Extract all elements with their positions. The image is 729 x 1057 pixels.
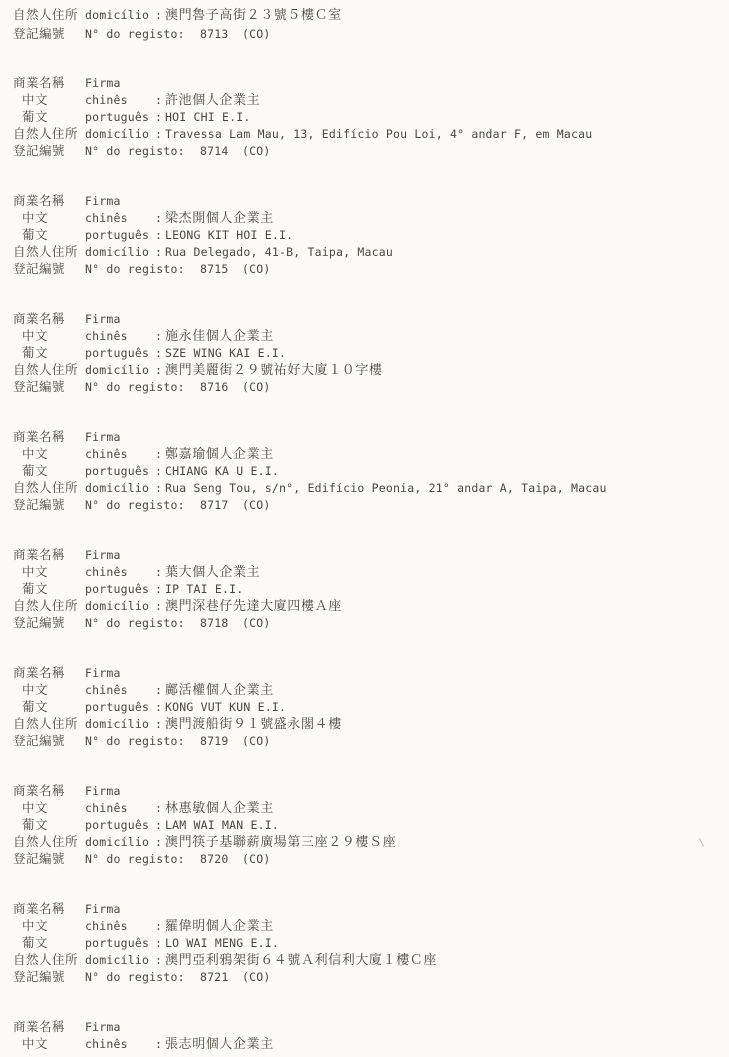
registration-label-pt: N° do registo: [85,969,200,986]
registration-type-value: (CO) [242,615,271,632]
colon-separator: : [155,345,165,362]
registry-entries: 商業名稱 Firma 中文 chinês : 許池個人企業主 葡文 portug… [0,74,729,985]
scanned-registry-page: 自然人住所 domicílio : 澳門魯子高街２３號５樓Ｃ室 登記編號 N° … [0,0,729,1057]
firm-header-row: 商業名稱 Firma [0,428,729,445]
registration-label-pt: N° do registo: [85,261,200,278]
chinese-name-value: 鄺活權個人企業主 [165,682,274,699]
registration-label-zh: 登記編號 [0,732,85,749]
address-label-pt: domicílio [85,6,155,25]
registry-entry: 商業名稱 Firma 中文 chinês : 羅偉明個人企業主 葡文 portu… [0,900,729,985]
entry-partial-bottom: 商業名稱 Firma 中文 chinês : 張志明個人企業主 [0,1018,729,1052]
chinese-label-pt: chinês [85,210,155,227]
address-row: 自然人住所 domicílio : 澳門渡船街９１號盛永閣４樓 [0,715,729,732]
portuguese-name-row: 葡文 português : LO WAI MENG E.I. [0,934,729,951]
address-label-zh: 自然人住所 [0,951,85,968]
colon-separator: : [155,716,165,733]
firm-label-pt: Firma [85,193,155,210]
registration-label-zh: 登記編號 [0,850,85,867]
firm-label-pt: Firma [85,665,155,682]
firm-label-pt: Firma [85,783,155,800]
colon-separator: : [155,564,165,581]
colon-separator: : [155,935,165,952]
colon-separator: : [155,581,165,598]
address-label-zh: 自然人住所 [0,5,85,24]
address-label-pt: domicílio [85,480,155,497]
registration-label-zh: 登記編號 [0,142,85,159]
address-row: 自然人住所 domicílio : 澳門筷子基聯薪廣場第三座２９樓Ｓ座 [0,833,729,850]
portuguese-label-pt: português [85,935,155,952]
firm-header-row: 商業名稱 Firma [0,310,729,327]
registry-entry: 商業名稱 Firma 中文 chinês : 施永佳個人企業主 葡文 portu… [0,310,729,395]
portuguese-name-row: 葡文 português : CHIANG KA U E.I. [0,462,729,479]
colon-separator: : [155,109,165,126]
registration-label-pt: N° do registo: [85,25,200,44]
firm-header-row: 商業名稱 Firma [0,192,729,209]
registration-row: 登記編號 N° do registo: 8715 (CO) [0,260,729,277]
chinese-name-value: 施永佳個人企業主 [165,328,274,345]
registration-number-value: 8717 [200,497,242,514]
chinese-label-pt: chinês [85,92,155,109]
registration-label-zh: 登記編號 [0,24,85,43]
colon-separator: : [155,682,165,699]
chinese-name-row: 中文 chinês : 林惠敏個人企業主 [0,799,729,816]
registration-type-value: (CO) [242,497,271,514]
firm-label-zh: 商業名稱 [0,192,85,209]
address-row: 自然人住所 domicílio : 澳門深巷仔先達大廈四樓Ａ座 [0,597,729,614]
colon-separator: : [155,328,165,345]
portuguese-name-value: CHIANG KA U E.I. [165,463,279,480]
address-value: 澳門美麗街２９號祐好大廈１０字樓 [165,362,383,379]
registry-entry: 商業名稱 Firma 中文 chinês : 梁杰開個人企業主 葡文 portu… [0,192,729,277]
address-row: 自然人住所 domicílio : 澳門美麗街２９號祐好大廈１０字樓 [0,361,729,378]
portuguese-label-zh: 葡文 [0,580,85,597]
colon-separator: : [155,446,165,463]
registry-entry: 商業名稱 Firma 中文 chinês : 林惠敏個人企業主 葡文 portu… [0,782,729,867]
chinese-name-value: 鄭嘉瑜個人企業主 [165,446,274,463]
firm-label-zh: 商業名稱 [0,74,85,91]
portuguese-name-value: HOI CHI E.I. [165,109,250,126]
registration-label-pt: N° do registo: [85,615,200,632]
address-label-pt: domicílio [85,834,155,851]
registration-type-value: (CO) [242,25,271,44]
colon-separator: : [155,6,165,25]
registration-type-value: (CO) [242,379,271,396]
chinese-label-zh: 中文 [0,681,85,698]
registration-type-value: (CO) [242,851,271,868]
portuguese-name-value: LEONG KIT HOI E.I. [165,227,293,244]
registration-label-pt: N° do registo: [85,497,200,514]
colon-separator: : [155,1036,165,1053]
portuguese-name-value: IP TAI E.I. [165,581,243,598]
chinese-label-pt: chinês [85,682,155,699]
colon-separator: : [155,952,165,969]
registry-entry: 商業名稱 Firma 中文 chinês : 鄺活權個人企業主 葡文 portu… [0,664,729,749]
chinese-name-value: 許池個人企業主 [165,92,260,109]
address-value: Rua Seng Tou, s/n°, Edifício Peonia, 21°… [165,480,607,497]
colon-separator: : [155,126,165,143]
registration-row: 登記編號 N° do registo: 8718 (CO) [0,614,729,631]
portuguese-label-zh: 葡文 [0,108,85,125]
portuguese-label-pt: português [85,345,155,362]
registration-number-value: 8719 [200,733,242,750]
address-label-pt: domicílio [85,126,155,143]
address-row: 自然人住所 domicílio : 澳門亞利鴉架街６４號Ａ利信利大廈１樓Ｃ座 [0,951,729,968]
firm-header-row: 商業名稱 Firma [0,1018,729,1035]
chinese-label-zh: 中文 [0,1035,85,1052]
portuguese-name-row: 葡文 português : LEONG KIT HOI E.I. [0,226,729,243]
registry-entry: 商業名稱 Firma 中文 chinês : 葉大個人企業主 葡文 portug… [0,546,729,631]
chinese-label-pt: chinês [85,446,155,463]
portuguese-label-pt: português [85,463,155,480]
registration-row: 登記編號 N° do registo: 8714 (CO) [0,142,729,159]
colon-separator: : [155,480,165,497]
chinese-label-zh: 中文 [0,91,85,108]
address-label-pt: domicílio [85,952,155,969]
chinese-name-row: 中文 chinês : 鄺活權個人企業主 [0,681,729,698]
chinese-label-zh: 中文 [0,327,85,344]
address-row: 自然人住所 domicílio : Rua Seng Tou, s/n°, Ed… [0,479,729,496]
firm-label-zh: 商業名稱 [0,664,85,681]
address-row: 自然人住所 domicílio : Travessa Lam Mau, 13, … [0,125,729,142]
chinese-label-pt: chinês [85,1036,155,1053]
firm-header-row: 商業名稱 Firma [0,664,729,681]
chinese-name-value: 葉大個人企業主 [165,564,260,581]
chinese-name-row: 中文 chinês : 梁杰開個人企業主 [0,209,729,226]
registration-type-value: (CO) [242,261,271,278]
portuguese-name-value: LO WAI MENG E.I. [165,935,279,952]
colon-separator: : [155,227,165,244]
registration-number-value: 8713 [200,25,242,44]
address-label-zh: 自然人住所 [0,715,85,732]
chinese-label-zh: 中文 [0,445,85,462]
registration-row: 登記編號 N° do registo: 8720 (CO) [0,850,729,867]
colon-separator: : [155,463,165,480]
portuguese-name-row: 葡文 português : IP TAI E.I. [0,580,729,597]
registration-type-value: (CO) [242,143,271,160]
portuguese-label-pt: português [85,227,155,244]
colon-separator: : [155,244,165,261]
chinese-name-row: 中文 chinês : 羅偉明個人企業主 [0,917,729,934]
address-value: Rua Delegado, 41-B, Taipa, Macau [165,244,393,261]
portuguese-name-row: 葡文 português : LAM WAI MAN E.I. [0,816,729,833]
address-label-pt: domicílio [85,716,155,733]
address-value: 澳門魯子高街２３號５樓Ｃ室 [165,6,342,25]
address-value: 澳門渡船街９１號盛永閣４樓 [165,716,342,733]
firm-label-zh: 商業名稱 [0,782,85,799]
firm-header-row: 商業名稱 Firma [0,546,729,563]
registration-type-value: (CO) [242,969,271,986]
registration-label-zh: 登記編號 [0,378,85,395]
colon-separator: : [155,699,165,716]
registration-label-pt: N° do registo: [85,143,200,160]
firm-header-row: 商業名稱 Firma [0,900,729,917]
registration-row: 登記編號 N° do registo: 8719 (CO) [0,732,729,749]
address-value: 澳門亞利鴉架街６４號Ａ利信利大廈１樓Ｃ座 [165,952,437,969]
chinese-label-zh: 中文 [0,917,85,934]
chinese-name-value: 林惠敏個人企業主 [165,800,274,817]
address-label-zh: 自然人住所 [0,597,85,614]
colon-separator: : [155,834,165,851]
registry-entry: 商業名稱 Firma 中文 chinês : 鄭嘉瑜個人企業主 葡文 portu… [0,428,729,513]
chinese-label-pt: chinês [85,328,155,345]
address-label-zh: 自然人住所 [0,361,85,378]
portuguese-label-zh: 葡文 [0,698,85,715]
chinese-name-value: 張志明個人企業主 [165,1036,274,1053]
address-label-zh: 自然人住所 [0,243,85,260]
registration-row: 登記編號 N° do registo: 8721 (CO) [0,968,729,985]
colon-separator: : [155,210,165,227]
address-label-zh: 自然人住所 [0,125,85,142]
portuguese-name-row: 葡文 português : KONG VUT KUN E.I. [0,698,729,715]
chinese-name-row: 中文 chinês : 鄭嘉瑜個人企業主 [0,445,729,462]
address-value: 澳門深巷仔先達大廈四樓Ａ座 [165,598,342,615]
registry-entry: 商業名稱 Firma 中文 chinês : 許池個人企業主 葡文 portug… [0,74,729,159]
firm-label-zh: 商業名稱 [0,900,85,917]
colon-separator: : [155,800,165,817]
portuguese-name-row: 葡文 português : SZE WING KAI E.I. [0,344,729,361]
registration-label-zh: 登記編號 [0,968,85,985]
portuguese-name-value: LAM WAI MAN E.I. [165,817,279,834]
registration-number-value: 8716 [200,379,242,396]
registration-row: 登記編號 N° do registo: 8716 (CO) [0,378,729,395]
address-label-pt: domicílio [85,598,155,615]
registration-number-value: 8721 [200,969,242,986]
portuguese-name-row: 葡文 português : HOI CHI E.I. [0,108,729,125]
portuguese-label-pt: português [85,699,155,716]
chinese-name-row: 中文 chinês : 許池個人企業主 [0,91,729,108]
entry-partial-top: 自然人住所 domicílio : 澳門魯子高街２３號５樓Ｃ室 登記編號 N° … [0,5,729,43]
registration-number-value: 8715 [200,261,242,278]
portuguese-label-pt: português [85,109,155,126]
portuguese-label-pt: português [85,817,155,834]
registration-label-pt: N° do registo: [85,733,200,750]
address-value: Travessa Lam Mau, 13, Edifício Pou Loi, … [165,126,592,143]
firm-label-pt: Firma [85,901,155,918]
registration-type-value: (CO) [242,733,271,750]
registration-number-value: 8720 [200,851,242,868]
address-label-zh: 自然人住所 [0,479,85,496]
registration-label-zh: 登記編號 [0,614,85,631]
registration-row: 登記編號 N° do registo: 8717 (CO) [0,496,729,513]
chinese-label-pt: chinês [85,800,155,817]
portuguese-label-zh: 葡文 [0,816,85,833]
firm-header-row: 商業名稱 Firma [0,74,729,91]
portuguese-label-zh: 葡文 [0,344,85,361]
portuguese-label-zh: 葡文 [0,226,85,243]
chinese-label-zh: 中文 [0,209,85,226]
firm-label-zh: 商業名稱 [0,310,85,327]
colon-separator: : [155,817,165,834]
registration-number-value: 8718 [200,615,242,632]
address-label-zh: 自然人住所 [0,833,85,850]
chinese-name-value: 羅偉明個人企業主 [165,918,274,935]
firm-header-row: 商業名稱 Firma [0,782,729,799]
firm-label-zh: 商業名稱 [0,1018,85,1035]
address-row: 自然人住所 domicílio : 澳門魯子高街２３號５樓Ｃ室 [0,5,729,24]
chinese-name-value: 梁杰開個人企業主 [165,210,274,227]
address-label-pt: domicílio [85,362,155,379]
registration-label-pt: N° do registo: [85,379,200,396]
address-label-pt: domicílio [85,244,155,261]
firm-label-pt: Firma [85,1019,155,1036]
firm-label-pt: Firma [85,311,155,328]
firm-label-zh: 商業名稱 [0,546,85,563]
chinese-name-row: 中文 chinês : 葉大個人企業主 [0,563,729,580]
firm-label-pt: Firma [85,429,155,446]
firm-label-pt: Firma [85,547,155,564]
colon-separator: : [155,918,165,935]
address-value: 澳門筷子基聯薪廣場第三座２９樓Ｓ座 [165,834,396,851]
registration-label-pt: N° do registo: [85,851,200,868]
firm-label-pt: Firma [85,75,155,92]
address-row: 自然人住所 domicílio : Rua Delegado, 41-B, Ta… [0,243,729,260]
chinese-label-zh: 中文 [0,563,85,580]
colon-separator: : [155,598,165,615]
portuguese-label-zh: 葡文 [0,462,85,479]
portuguese-name-value: SZE WING KAI E.I. [165,345,286,362]
firm-label-zh: 商業名稱 [0,428,85,445]
portuguese-name-value: KONG VUT KUN E.I. [165,699,286,716]
chinese-label-zh: 中文 [0,799,85,816]
portuguese-label-pt: português [85,581,155,598]
chinese-name-row: 中文 chinês : 張志明個人企業主 [0,1035,729,1052]
registration-row: 登記編號 N° do registo: 8713 (CO) [0,24,729,43]
registration-label-zh: 登記編號 [0,496,85,513]
registration-label-zh: 登記編號 [0,260,85,277]
chinese-name-row: 中文 chinês : 施永佳個人企業主 [0,327,729,344]
chinese-label-pt: chinês [85,918,155,935]
registration-number-value: 8714 [200,143,242,160]
colon-separator: : [155,92,165,109]
chinese-label-pt: chinês [85,564,155,581]
colon-separator: : [155,362,165,379]
portuguese-label-zh: 葡文 [0,934,85,951]
